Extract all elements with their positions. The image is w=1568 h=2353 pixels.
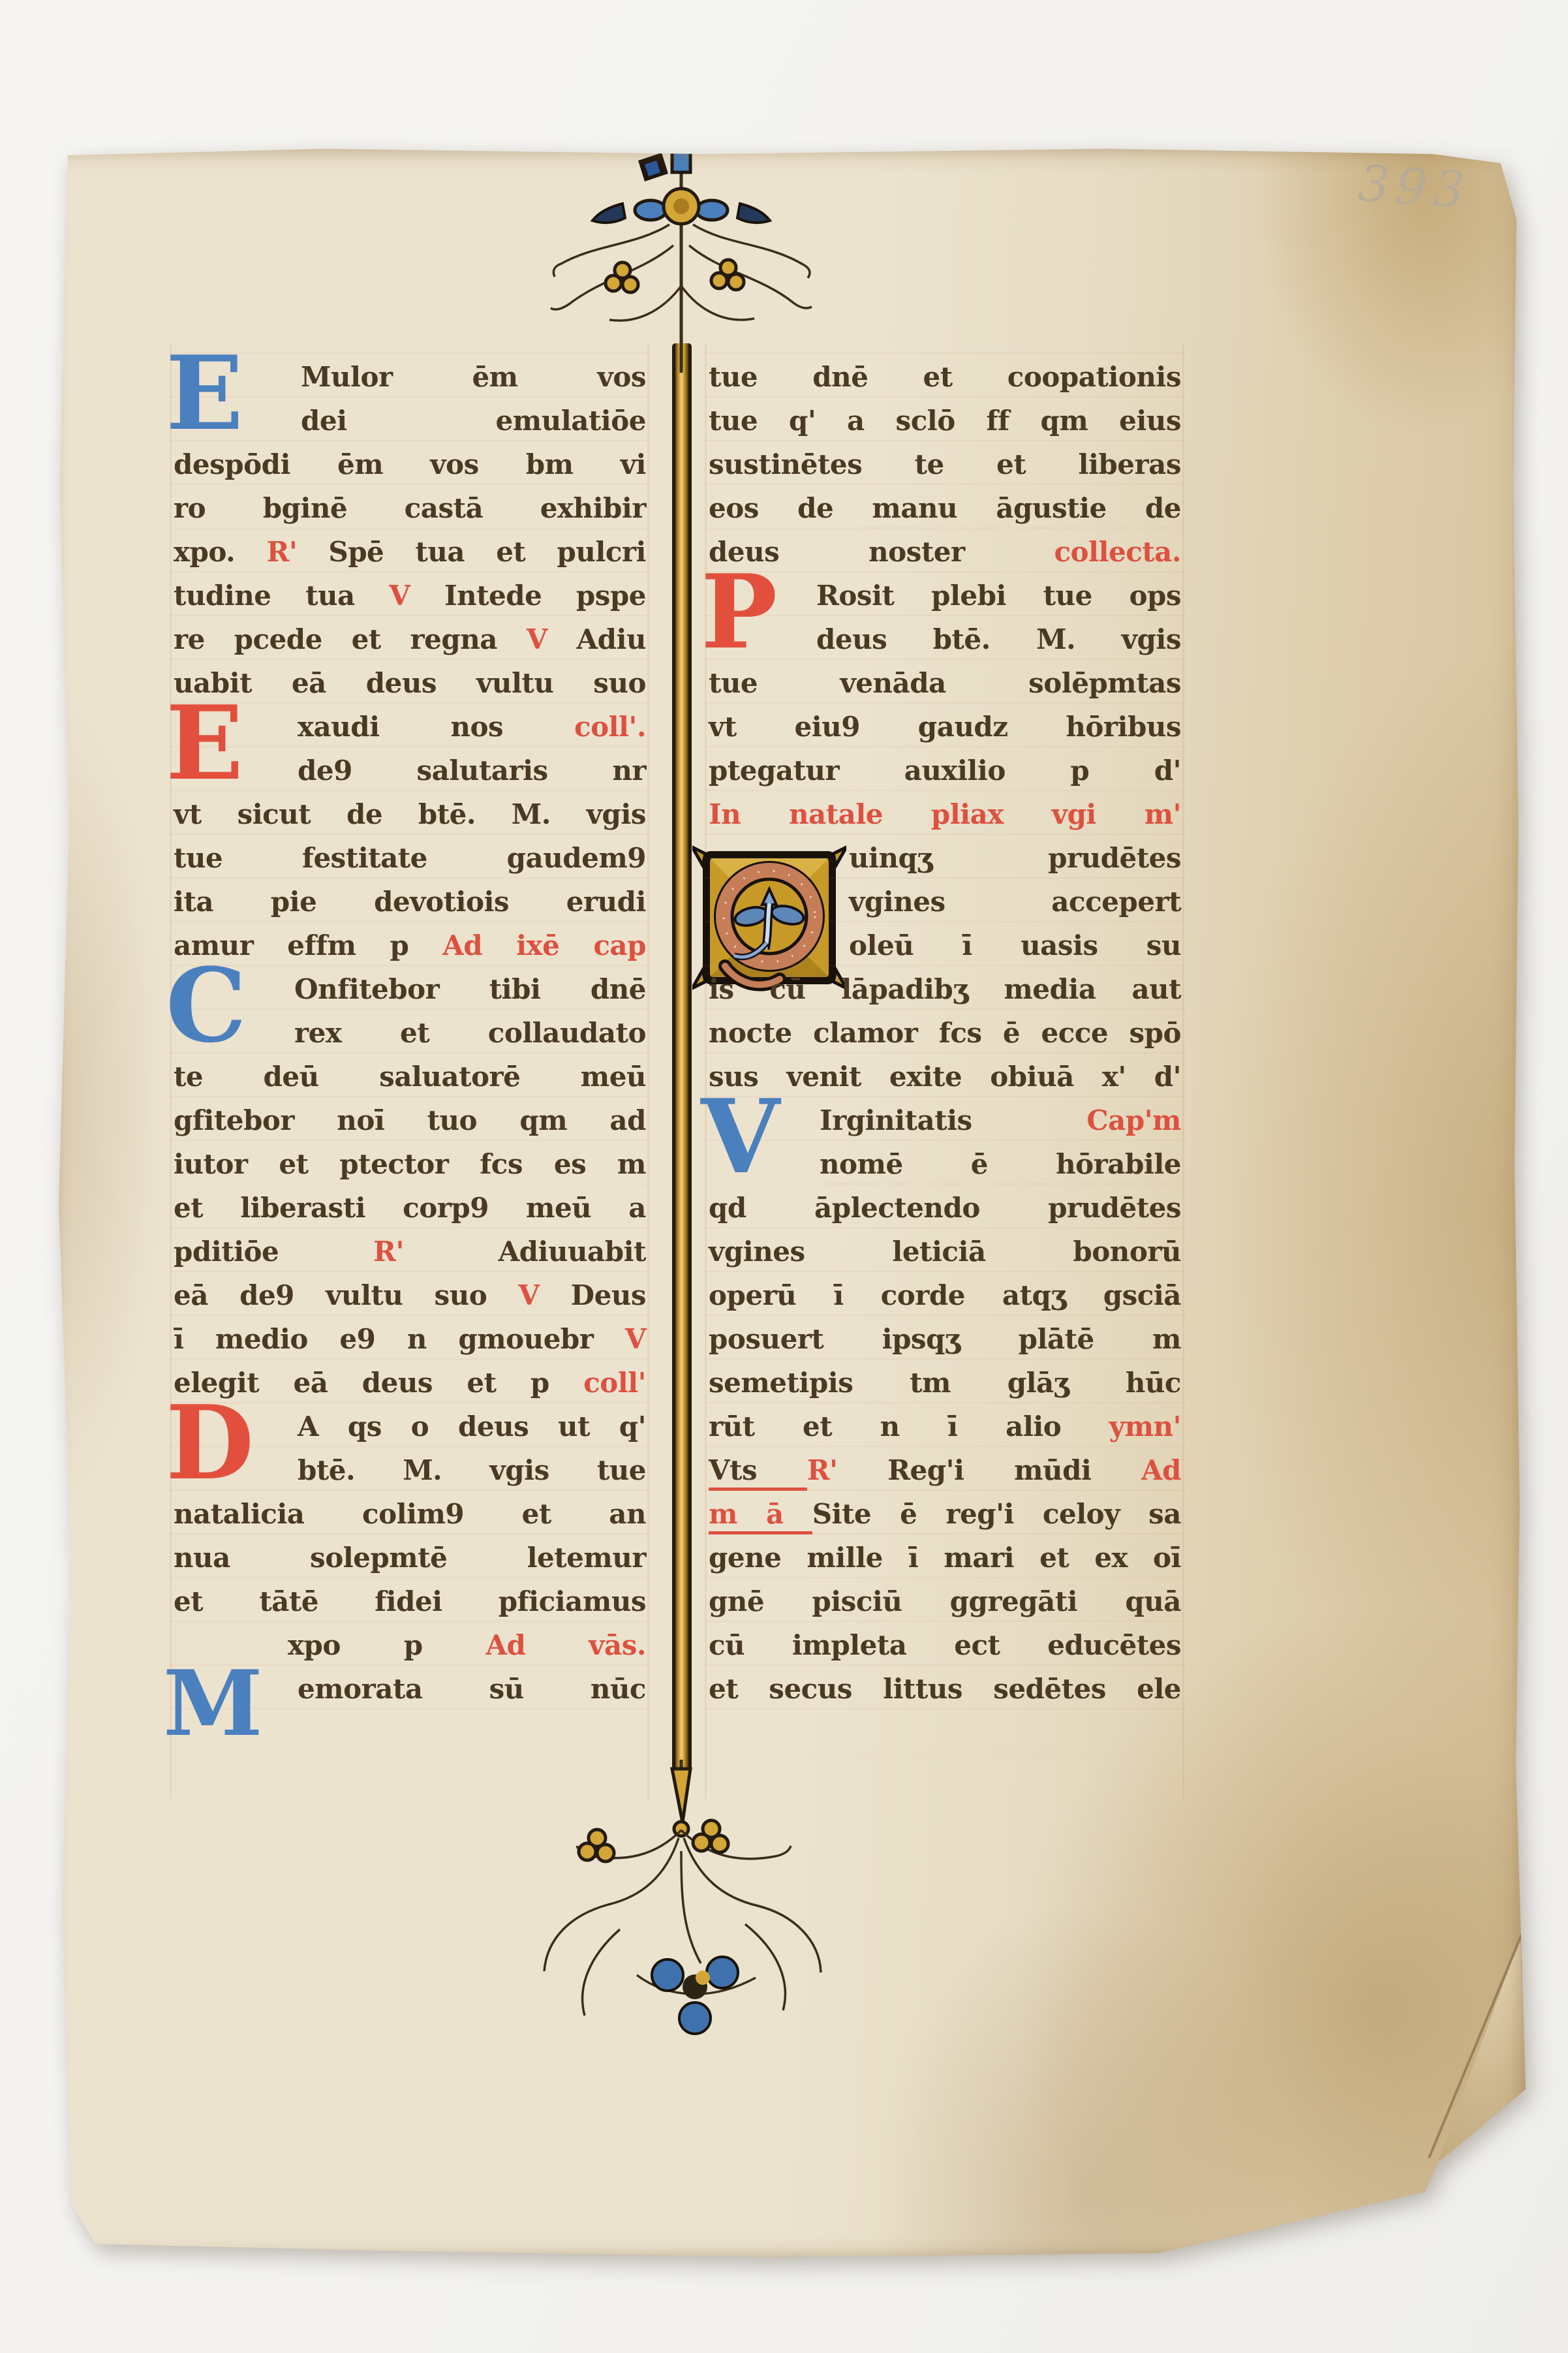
text-line: gene mille ī mari et ex oī xyxy=(709,1536,1181,1580)
text-segment: V xyxy=(527,623,577,655)
text-segment: tue dnē et coopationis xyxy=(709,361,1181,393)
text-column-left: Mulor ēm vosdei emulatiōedespōdi ēm vos … xyxy=(174,355,646,1711)
text-segment: nocte clamor fcs ē ecce spō xyxy=(709,1017,1181,1049)
text-line: deus btē. M. vgis xyxy=(709,617,1181,661)
text-line: eā de9 vultu suo V Deus xyxy=(174,1273,646,1317)
text-line: tue q' a sclō ff qm eius xyxy=(709,399,1181,443)
text-segment: xpo p xyxy=(288,1629,485,1661)
text-line: gfitebor noī tuo qm ad xyxy=(174,1099,646,1142)
text-segment: emorata sū nūc xyxy=(298,1673,646,1705)
ruling-line xyxy=(1182,343,1184,1799)
text-segment: vt eiu9 gaudz hōribus xyxy=(709,711,1181,743)
text-segment: tudine tua xyxy=(174,580,389,612)
text-segment: iutor et ptector fcs es m xyxy=(174,1148,646,1180)
versal-initial-C-blue: C xyxy=(166,958,247,1053)
text-segment: uabit eā deus vultu suo xyxy=(174,667,646,699)
text-line: dei emulatiōe xyxy=(174,399,646,443)
text-segment: coll' xyxy=(583,1367,646,1399)
blue-flower-icon xyxy=(652,1957,738,2034)
text-segment: A qs o deus ut q' xyxy=(298,1410,646,1442)
text-segment: oleū ī uasis su xyxy=(849,929,1181,961)
text-line: et secus littus sedētes ele xyxy=(709,1667,1181,1711)
text-line: xpo. R' Spē tua et pulcri xyxy=(174,530,646,574)
bottom-floral-pendant-ornament xyxy=(485,1760,877,2190)
text-segment: qd āplectendo prudētes xyxy=(709,1192,1181,1224)
text-line: ī medio e9 n gmouebr V xyxy=(174,1317,646,1361)
text-segment: ī medio e9 n gmouebr xyxy=(174,1323,625,1355)
text-segment: de9 salutaris nr xyxy=(298,755,646,787)
text-segment: et liberasti corp9 meū a xyxy=(174,1192,646,1224)
text-segment: Ad xyxy=(1141,1454,1181,1486)
text-segment: Mulor ēm vos xyxy=(301,361,646,393)
text-segment: V xyxy=(389,580,444,612)
text-segment: rūt et n ī alio xyxy=(709,1410,1109,1442)
top-floral-finial-ornament xyxy=(499,148,864,373)
text-segment: nomē ē hōrabile xyxy=(820,1148,1181,1180)
text-line: ro bginē castā exhibir xyxy=(174,486,646,530)
text-segment: Vts xyxy=(709,1454,807,1491)
text-segment: Reg'i mūdi xyxy=(887,1454,1141,1486)
folio-number-pencil: 393 xyxy=(1355,154,1516,249)
text-line: re pcede et regna V Adiu xyxy=(174,617,646,661)
text-segment: gene mille ī mari et ex oī xyxy=(709,1542,1181,1574)
text-segment: ymn' xyxy=(1109,1410,1181,1442)
text-segment: sustinētes te et liberas xyxy=(709,448,1181,480)
text-segment: despōdi ēm vos bm vi xyxy=(174,448,646,480)
text-line: nua solepmtē letemur xyxy=(174,1536,646,1580)
manuscript-leaf: 393 xyxy=(50,148,1526,2262)
text-segment: Intede pspe xyxy=(444,580,646,612)
text-segment: Irginitatis xyxy=(820,1104,1086,1136)
text-segment: xaudi nos xyxy=(298,711,574,743)
text-line: Vts R' Reg'i mūdi Ad xyxy=(709,1448,1181,1492)
text-line: nocte clamor fcs ē ecce spō xyxy=(709,1011,1181,1055)
text-segment: deus btē. M. vgis xyxy=(816,623,1181,655)
text-line: vt eiu9 gaudz hōribus xyxy=(709,705,1181,749)
text-line: In natale pliax vgi m' xyxy=(709,792,1181,836)
versal-initial-D-red: D xyxy=(166,1395,254,1491)
versal-initial-V-blue: V xyxy=(701,1089,780,1185)
text-line: m ā Site ē reg'i celoy sa xyxy=(709,1492,1181,1536)
text-line: despōdi ēm vos bm vi xyxy=(174,443,646,486)
ruling-line xyxy=(170,343,172,1799)
text-segment: vgines leticiā bonorū xyxy=(709,1236,1181,1268)
text-line: iutor et ptector fcs es m xyxy=(174,1142,646,1186)
text-segment: xpo. xyxy=(174,536,266,568)
text-line: rūt et n ī alio ymn' xyxy=(709,1405,1181,1448)
text-segment: natalicia colim9 et an xyxy=(174,1498,646,1530)
text-segment: cū impleta ect educētes xyxy=(709,1629,1181,1661)
text-line: is cū lāpadibʒ media aut xyxy=(709,967,1181,1011)
text-segment: ro bginē castā exhibir xyxy=(174,492,646,524)
ruling-line xyxy=(647,343,649,1799)
text-line: uabit eā deus vultu suo xyxy=(174,661,646,705)
text-line: tue dnē et coopationis xyxy=(709,355,1181,399)
text-segment: V xyxy=(625,1323,646,1355)
versal-initial-M-blue: M xyxy=(163,1658,262,1749)
text-segment: te deū saluatorē meū xyxy=(174,1061,646,1093)
text-segment: Cap'm xyxy=(1086,1104,1181,1136)
text-segment: ita pie devotiois erudi xyxy=(174,886,646,918)
text-line: oleū ī uasis su xyxy=(709,924,1181,967)
text-segment: eos de manu āgustie de xyxy=(709,492,1181,524)
text-line: et liberasti corp9 meū a xyxy=(174,1186,646,1230)
text-segment: vgines accepert xyxy=(849,886,1181,918)
text-segment: pditiōe xyxy=(174,1236,373,1268)
text-line: posuert ipsqʒ plātē m xyxy=(709,1317,1181,1361)
text-segment: tue festitate gaudem9 xyxy=(174,842,646,874)
text-segment: operū ī corde atqʒ gsciā xyxy=(709,1279,1181,1311)
text-segment: nua solepmtē letemur xyxy=(174,1542,646,1574)
text-segment: rex et collaudato xyxy=(294,1017,646,1049)
text-segment: Ad ixē cap xyxy=(442,929,646,961)
text-segment: eā de9 vultu suo xyxy=(174,1279,518,1311)
text-segment: Spē tua et pulcri xyxy=(328,536,646,568)
text-segment: m ā xyxy=(709,1498,812,1535)
text-segment: R' xyxy=(266,536,328,568)
text-segment: et tātē fidei pficiamus xyxy=(174,1585,646,1617)
text-line: tue venāda solēpmtas xyxy=(709,661,1181,705)
versal-initial-P-red: P xyxy=(701,565,777,660)
text-line: vgines leticiā bonorū xyxy=(709,1230,1181,1273)
text-segment: gfitebor noī tuo qm ad xyxy=(174,1104,646,1136)
text-line: ita pie devotiois erudi xyxy=(174,880,646,924)
text-segment: Onfitebor tibi dnē xyxy=(294,973,646,1005)
text-segment: Adiu xyxy=(577,623,646,655)
text-segment: ptegatur auxilio p d' xyxy=(709,755,1181,787)
text-segment: coll'. xyxy=(574,711,646,743)
text-column-right: tue dnē et coopationistue q' a sclō ff q… xyxy=(709,355,1181,1711)
text-line: sustinētes te et liberas xyxy=(709,443,1181,486)
text-segment: dei emulatiōe xyxy=(301,405,646,437)
center-gold-bar-border xyxy=(672,343,692,1769)
text-segment: posuert ipsqʒ plātē m xyxy=(709,1323,1181,1355)
text-line: de9 salutaris nr xyxy=(174,749,646,792)
text-segment: R' xyxy=(373,1236,499,1268)
photo-background: 393 xyxy=(0,0,1568,2353)
text-segment: Rosit plebi tue ops xyxy=(816,580,1181,612)
text-line: cū impleta ect educētes xyxy=(709,1623,1181,1667)
text-segment: et secus littus sedētes ele xyxy=(709,1673,1181,1705)
corner-fold-crease xyxy=(1387,1897,1531,2171)
text-segment: gnē pisciū ggregāti quā xyxy=(709,1585,1181,1617)
text-segment: btē. M. vgis tue xyxy=(298,1454,646,1486)
text-line: deus noster collecta. xyxy=(709,530,1181,574)
versal-initial-E-red: E xyxy=(166,696,243,791)
text-segment: re pcede et regna xyxy=(174,623,527,655)
text-line: tudine tua V Intede pspe xyxy=(174,574,646,617)
text-line: uinqʒ prudētes xyxy=(709,836,1181,880)
text-segment: tue venāda solēpmtas xyxy=(709,667,1181,699)
text-segment: V xyxy=(518,1279,570,1311)
text-line: tue festitate gaudem9 xyxy=(174,836,646,880)
versal-initial-E-blue: E xyxy=(166,346,243,441)
text-line: vt sicut de btē. M. vgis xyxy=(174,792,646,836)
text-segment: Deus xyxy=(571,1279,646,1311)
text-segment: is cū lāpadibʒ media aut xyxy=(709,973,1181,1005)
text-line: gnē pisciū ggregāti quā xyxy=(709,1580,1181,1623)
text-line: pditiōe R' Adiuuabit xyxy=(174,1230,646,1273)
text-segment: collecta. xyxy=(1054,536,1181,568)
text-segment: Ad vās. xyxy=(485,1629,646,1661)
text-segment: Site ē reg'i celoy sa xyxy=(812,1498,1181,1530)
text-segment: tue q' a sclō ff qm eius xyxy=(709,405,1181,437)
text-line: vgines accepert xyxy=(709,880,1181,924)
text-line: et tātē fidei pficiamus xyxy=(174,1580,646,1623)
text-line: Rosit plebi tue ops xyxy=(709,574,1181,617)
text-segment: In natale pliax vgi m' xyxy=(709,798,1181,830)
text-line: Mulor ēm vos xyxy=(174,355,646,399)
text-line: operū ī corde atqʒ gsciā xyxy=(709,1273,1181,1317)
text-line: semetipis tm glāʒ hūc xyxy=(709,1361,1181,1405)
text-segment: semetipis tm glāʒ hūc xyxy=(709,1367,1181,1399)
text-segment: R' xyxy=(807,1454,887,1486)
manuscript-leaf-wrap: 393 xyxy=(50,148,1526,2262)
text-segment: vt sicut de btē. M. vgis xyxy=(174,798,646,830)
text-line: ptegatur auxilio p d' xyxy=(709,749,1181,792)
text-segment: Adiuuabit xyxy=(499,1236,646,1268)
text-segment: uinqʒ prudētes xyxy=(849,842,1181,874)
text-line: eos de manu āgustie de xyxy=(709,486,1181,530)
text-line: xaudi nos coll'. xyxy=(174,705,646,749)
